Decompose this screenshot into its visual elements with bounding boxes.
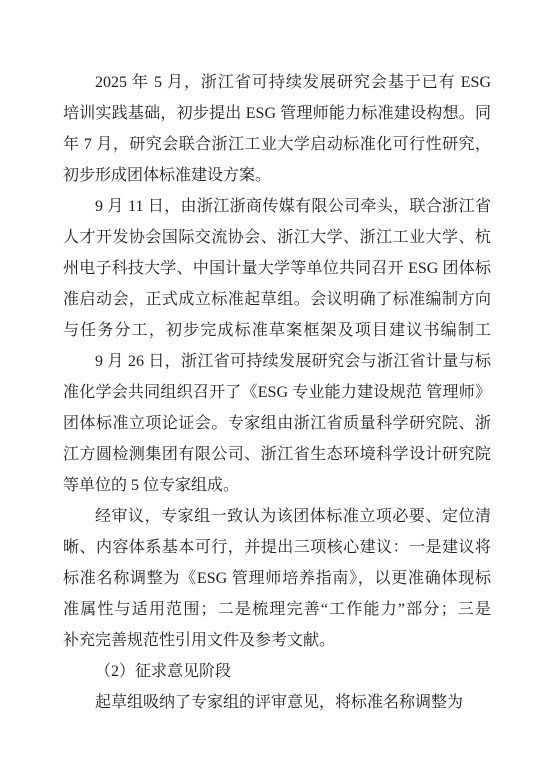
text-line: 经审议，专家组一致认为该团体标准立项必要、定位清	[63, 501, 491, 532]
text-line: 9 月 26 日，浙江省可持续发展研究会与浙江省计量与标	[63, 346, 491, 377]
text-line: （2）征求意见阶段	[63, 656, 491, 687]
text-line: 年 7 月，研究会联合浙江工业大学启动标准化可行性研究，	[63, 129, 491, 160]
text-line: 准化学会共同组织召开了《ESG 专业能力建设规范 管理师》	[63, 377, 491, 408]
text-line: 9 月 11 日，由浙江浙商传媒有限公司牵头，联合浙江省	[63, 191, 491, 222]
text-line: 人才开发协会国际交流协会、浙江大学、浙江工业大学、杭	[63, 222, 491, 253]
text-line: 准启动会，正式成立标准起草组。会议明确了标准编制方向	[63, 284, 491, 315]
text-line: 培训实践基础，初步提出 ESG 管理师能力标准建设构想。同	[63, 98, 491, 129]
document-body: 2025 年 5 月，浙江省可持续发展研究会基于已有 ESG培训实践基础，初步提…	[63, 67, 491, 718]
document-page: 2025 年 5 月，浙江省可持续发展研究会基于已有 ESG培训实践基础，初步提…	[0, 0, 551, 784]
text-line: 与任务分工，初步完成标准草案框架及项目建议书编制工作。	[63, 315, 491, 346]
text-line: 起草组吸纳了专家组的评审意见，将标准名称调整为	[63, 687, 491, 718]
text-line: 初步形成团体标准建设方案。	[63, 160, 491, 191]
text-line: 州电子科技大学、中国计量大学等单位共同召开 ESG 团体标	[63, 253, 491, 284]
text-line: 准属性与适用范围；二是梳理完善“工作能力”部分；三是	[63, 594, 491, 625]
text-line: 2025 年 5 月，浙江省可持续发展研究会基于已有 ESG	[63, 67, 491, 98]
text-line: 团体标准立项论证会。专家组由浙江省质量科学研究院、浙	[63, 408, 491, 439]
text-line: 江方圆检测集团有限公司、浙江省生态环境科学设计研究院	[63, 439, 491, 470]
text-line: 标准名称调整为《ESG 管理师培养指南》，以更准确体现标	[63, 563, 491, 594]
text-line: 补充完善规范性引用文件及参考文献。	[63, 625, 491, 656]
text-line: 等单位的 5 位专家组成。	[63, 470, 491, 501]
text-line: 晰、内容体系基本可行，并提出三项核心建议：一是建议将	[63, 532, 491, 563]
